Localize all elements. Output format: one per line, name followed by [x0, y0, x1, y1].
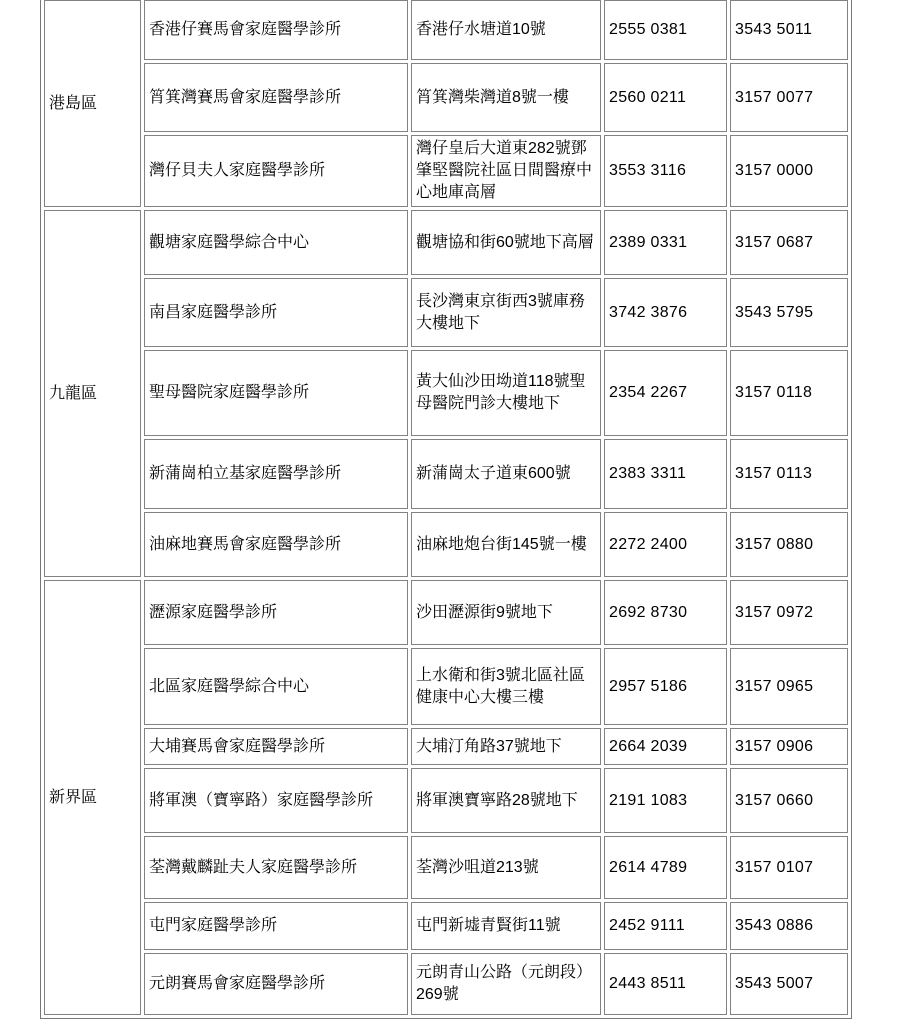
clinic-name-cell: 灣仔貝夫人家庭醫學診所 — [144, 135, 408, 207]
clinic-table-container: 港島區香港仔賽馬會家庭醫學診所香港仔水塘道10號2555 03813543 50… — [40, 0, 900, 1019]
clinic-name-cell: 觀塘家庭醫學綜合中心 — [144, 210, 408, 275]
phone1-cell: 2560 0211 — [604, 63, 727, 132]
address-cell: 將軍澳寶寧路28號地下 — [411, 768, 601, 833]
phone1-cell: 2354 2267 — [604, 350, 727, 436]
phone2-cell: 3157 0660 — [730, 768, 848, 833]
phone2-cell: 3157 0000 — [730, 135, 848, 207]
table-row: 元朗賽馬會家庭醫學診所元朗青山公路（元朗段）269號2443 85113543 … — [44, 953, 848, 1015]
table-row: 屯門家庭醫學診所屯門新墟青賢街11號2452 91113543 0886 — [44, 902, 848, 950]
phone2-cell: 3157 0118 — [730, 350, 848, 436]
table-row: 新蒲崗柏立基家庭醫學診所新蒲崗太子道東600號2383 33113157 011… — [44, 439, 848, 509]
clinic-name-cell: 北區家庭醫學綜合中心 — [144, 648, 408, 725]
table-row: 將軍澳（寶寧路）家庭醫學診所將軍澳寶寧路28號地下2191 10833157 0… — [44, 768, 848, 833]
phone1-cell: 2383 3311 — [604, 439, 727, 509]
table-row: 聖母醫院家庭醫學診所黃大仙沙田坳道118號聖母醫院門診大樓地下2354 2267… — [44, 350, 848, 436]
clinic-name-cell: 將軍澳（寶寧路）家庭醫學診所 — [144, 768, 408, 833]
address-cell: 屯門新墟青賢街11號 — [411, 902, 601, 950]
phone2-cell: 3157 0880 — [730, 512, 848, 577]
phone1-cell: 2452 9111 — [604, 902, 727, 950]
table-row: 油麻地賽馬會家庭醫學診所油麻地炮台街145號一樓2272 24003157 08… — [44, 512, 848, 577]
phone1-cell: 2389 0331 — [604, 210, 727, 275]
clinic-table-body: 港島區香港仔賽馬會家庭醫學診所香港仔水塘道10號2555 03813543 50… — [44, 0, 848, 1015]
clinic-name-cell: 瀝源家庭醫學診所 — [144, 580, 408, 645]
phone2-cell: 3157 0107 — [730, 836, 848, 899]
table-row: 荃灣戴麟趾夫人家庭醫學診所荃灣沙咀道213號2614 47893157 0107 — [44, 836, 848, 899]
clinic-name-cell: 筲箕灣賽馬會家庭醫學診所 — [144, 63, 408, 132]
phone2-cell: 3543 5007 — [730, 953, 848, 1015]
clinic-table: 港島區香港仔賽馬會家庭醫學診所香港仔水塘道10號2555 03813543 50… — [40, 0, 852, 1019]
table-row: 灣仔貝夫人家庭醫學診所灣仔皇后大道東282號鄧肇堅醫院社區日間醫療中心地庫高層3… — [44, 135, 848, 207]
phone1-cell: 2957 5186 — [604, 648, 727, 725]
clinic-name-cell: 新蒲崗柏立基家庭醫學診所 — [144, 439, 408, 509]
table-row: 北區家庭醫學綜合中心上水衛和街3號北區社區健康中心大樓三樓2957 518631… — [44, 648, 848, 725]
clinic-name-cell: 荃灣戴麟趾夫人家庭醫學診所 — [144, 836, 408, 899]
address-cell: 筲箕灣柴灣道8號一樓 — [411, 63, 601, 132]
phone1-cell: 2614 4789 — [604, 836, 727, 899]
phone1-cell: 2555 0381 — [604, 0, 727, 60]
clinic-name-cell: 聖母醫院家庭醫學診所 — [144, 350, 408, 436]
phone1-cell: 3553 3116 — [604, 135, 727, 207]
address-cell: 觀塘協和街60號地下高層 — [411, 210, 601, 275]
address-cell: 大埔汀角路37號地下 — [411, 728, 601, 765]
phone1-cell: 2664 2039 — [604, 728, 727, 765]
phone1-cell: 2272 2400 — [604, 512, 727, 577]
region-cell: 九龍區 — [44, 210, 141, 577]
phone2-cell: 3157 0077 — [730, 63, 848, 132]
phone2-cell: 3157 0972 — [730, 580, 848, 645]
table-row: 大埔賽馬會家庭醫學診所大埔汀角路37號地下2664 20393157 0906 — [44, 728, 848, 765]
table-row: 筲箕灣賽馬會家庭醫學診所筲箕灣柴灣道8號一樓2560 02113157 0077 — [44, 63, 848, 132]
clinic-name-cell: 元朗賽馬會家庭醫學診所 — [144, 953, 408, 1015]
phone2-cell: 3157 0113 — [730, 439, 848, 509]
phone1-cell: 2692 8730 — [604, 580, 727, 645]
clinic-name-cell: 大埔賽馬會家庭醫學診所 — [144, 728, 408, 765]
region-cell: 港島區 — [44, 0, 141, 207]
phone2-cell: 3157 0687 — [730, 210, 848, 275]
clinic-name-cell: 屯門家庭醫學診所 — [144, 902, 408, 950]
phone1-cell: 2443 8511 — [604, 953, 727, 1015]
table-row: 港島區香港仔賽馬會家庭醫學診所香港仔水塘道10號2555 03813543 50… — [44, 0, 848, 60]
table-row: 九龍區觀塘家庭醫學綜合中心觀塘協和街60號地下高層2389 03313157 0… — [44, 210, 848, 275]
clinic-name-cell: 油麻地賽馬會家庭醫學診所 — [144, 512, 408, 577]
address-cell: 黃大仙沙田坳道118號聖母醫院門診大樓地下 — [411, 350, 601, 436]
clinic-name-cell: 香港仔賽馬會家庭醫學診所 — [144, 0, 408, 60]
phone2-cell: 3543 5011 — [730, 0, 848, 60]
address-cell: 灣仔皇后大道東282號鄧肇堅醫院社區日間醫療中心地庫高層 — [411, 135, 601, 207]
address-cell: 新蒲崗太子道東600號 — [411, 439, 601, 509]
address-cell: 上水衛和街3號北區社區健康中心大樓三樓 — [411, 648, 601, 725]
address-cell: 長沙灣東京街西3號庫務大樓地下 — [411, 278, 601, 347]
table-row: 南昌家庭醫學診所長沙灣東京街西3號庫務大樓地下3742 38763543 579… — [44, 278, 848, 347]
clinic-name-cell: 南昌家庭醫學診所 — [144, 278, 408, 347]
phone2-cell: 3157 0906 — [730, 728, 848, 765]
phone2-cell: 3157 0965 — [730, 648, 848, 725]
address-cell: 荃灣沙咀道213號 — [411, 836, 601, 899]
address-cell: 香港仔水塘道10號 — [411, 0, 601, 60]
table-row: 新界區瀝源家庭醫學診所沙田瀝源街9號地下2692 87303157 0972 — [44, 580, 848, 645]
phone1-cell: 3742 3876 — [604, 278, 727, 347]
address-cell: 元朗青山公路（元朗段）269號 — [411, 953, 601, 1015]
address-cell: 沙田瀝源街9號地下 — [411, 580, 601, 645]
phone1-cell: 2191 1083 — [604, 768, 727, 833]
region-cell: 新界區 — [44, 580, 141, 1015]
address-cell: 油麻地炮台街145號一樓 — [411, 512, 601, 577]
phone2-cell: 3543 5795 — [730, 278, 848, 347]
phone2-cell: 3543 0886 — [730, 902, 848, 950]
